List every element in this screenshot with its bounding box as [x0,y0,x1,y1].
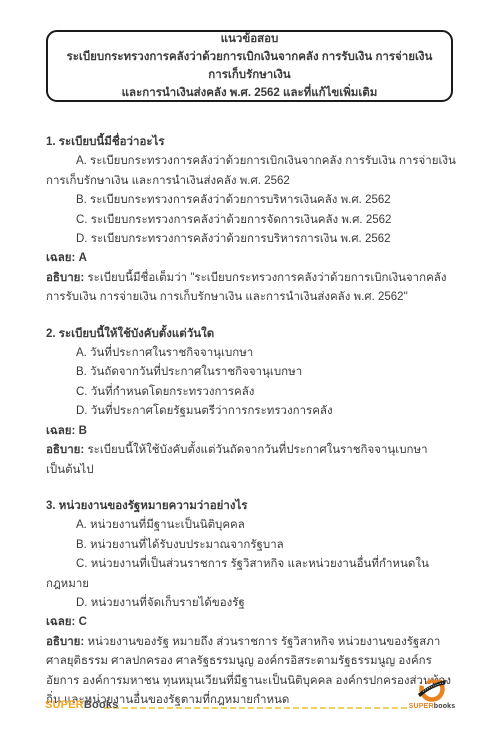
answer-line: เฉลย: C [46,613,458,632]
choice-b: B. หน่วยงานที่ได้รับงบประมาณจากรัฐบาล [46,536,458,555]
explanation-label: อธิบาย: [46,444,84,456]
question-title: 1. ระเบียบนี้มีชื่อว่าอะไร [46,133,458,152]
superbooks-logo-icon [416,675,448,703]
answer-line: เฉลย: A [46,249,458,268]
footer-brand: SUPERBooks [45,699,119,711]
questions-content: 1. ระเบียบนี้มีชื่อว่าอะไร A. ระเบียบกระ… [46,133,458,710]
question-title: 2. ระเบียบนี้ให้ใช้บังคับตั้งแต่วันใด [46,325,458,344]
explanation-label: อธิบาย: [46,636,84,648]
exam-subtitle-line2: และการนำเงินส่งคลัง พ.ศ. 2562 และที่แก้ไ… [58,84,441,102]
question-block-1: 1. ระเบียบนี้มีชื่อว่าอะไร A. ระเบียบกระ… [46,133,458,308]
explanation-text: ระเบียบนี้มีชื่อเต็มว่า "ระเบียบกระทรวงก… [46,272,446,303]
answer-label: เฉลย: [46,616,75,628]
answer-label: เฉลย: [46,252,75,264]
explanation-line: อธิบาย: ระเบียบนี้ให้ใช้บังคับตั้งแต่วัน… [46,441,458,480]
choice-d: D. ระเบียบกระทรวงการคลังว่าด้วยการบริหาร… [46,230,458,249]
choice-a: A. ระเบียบกระทรวงการคลังว่าด้วยการเบิกเง… [46,152,458,191]
answer-value: A [79,252,87,264]
explanation-text: หน่วยงานของรัฐ หมายถึง ส่วนราชการ รัฐวิส… [46,636,451,706]
explanation-label: อธิบาย: [46,272,84,284]
choice-b: B. ระเบียบกระทรวงการคลังว่าด้วยการบริหาร… [46,191,458,210]
logo-caption-super: SUPER [409,703,434,710]
document-page: แนวข้อสอบ ระเบียบกระทรวงการคลังว่าด้วยกา… [0,0,495,738]
choice-b: B. วันถัดจากวันที่ประกาศในราชกิจจานุเบกษ… [46,363,458,382]
exam-title-box: แนวข้อสอบ ระเบียบกระทรวงการคลังว่าด้วยกา… [46,30,453,102]
answer-value: C [79,616,87,628]
exam-subtitle-line1: ระเบียบกระทรวงการคลังว่าด้วยการเบิกเงินจ… [58,48,441,84]
choice-c: C. ระเบียบกระทรวงการคลังว่าด้วยการจัดการ… [46,211,458,230]
choice-c: C. หน่วยงานที่เป็นส่วนราชการ รัฐวิสาหกิจ… [46,555,458,594]
answer-value: B [79,425,87,437]
question-block-2: 2. ระเบียบนี้ให้ใช้บังคับตั้งแต่วันใด A.… [46,325,458,480]
logo-caption-books: books [434,703,456,710]
answer-line: เฉลย: B [46,422,458,441]
choice-a: A. วันที่ประกาศในราชกิจจานุเบกษา [46,344,458,363]
choice-d: D. วันที่ประกาศโดยรัฐมนตรีว่าการกระทรวงก… [46,402,458,421]
superbooks-logo: SUPERbooks [407,675,457,710]
footer-dashed-divider [104,707,409,709]
choice-d: D. หน่วยงานที่จัดเก็บรายได้ของรัฐ [46,594,458,613]
exam-title: แนวข้อสอบ [58,30,441,48]
answer-label: เฉลย: [46,425,75,437]
logo-caption: SUPERbooks [407,703,457,710]
choice-c: C. วันที่กำหนดโดยกระทรวงการคลัง [46,383,458,402]
explanation-line: อธิบาย: ระเบียบนี้มีชื่อเต็มว่า "ระเบียบ… [46,269,458,308]
footer-brand-books: Books [84,699,119,711]
question-block-3: 3. หน่วยงานของรัฐหมายความว่าอย่างไร A. ห… [46,497,458,710]
explanation-text: ระเบียบนี้ให้ใช้บังคับตั้งแต่วันถัดจากวั… [46,444,428,475]
choice-a: A. หน่วยงานที่มีฐานะเป็นนิติบุคคล [46,516,458,535]
question-title: 3. หน่วยงานของรัฐหมายความว่าอย่างไร [46,497,458,516]
footer-brand-super: SUPER [45,699,84,711]
